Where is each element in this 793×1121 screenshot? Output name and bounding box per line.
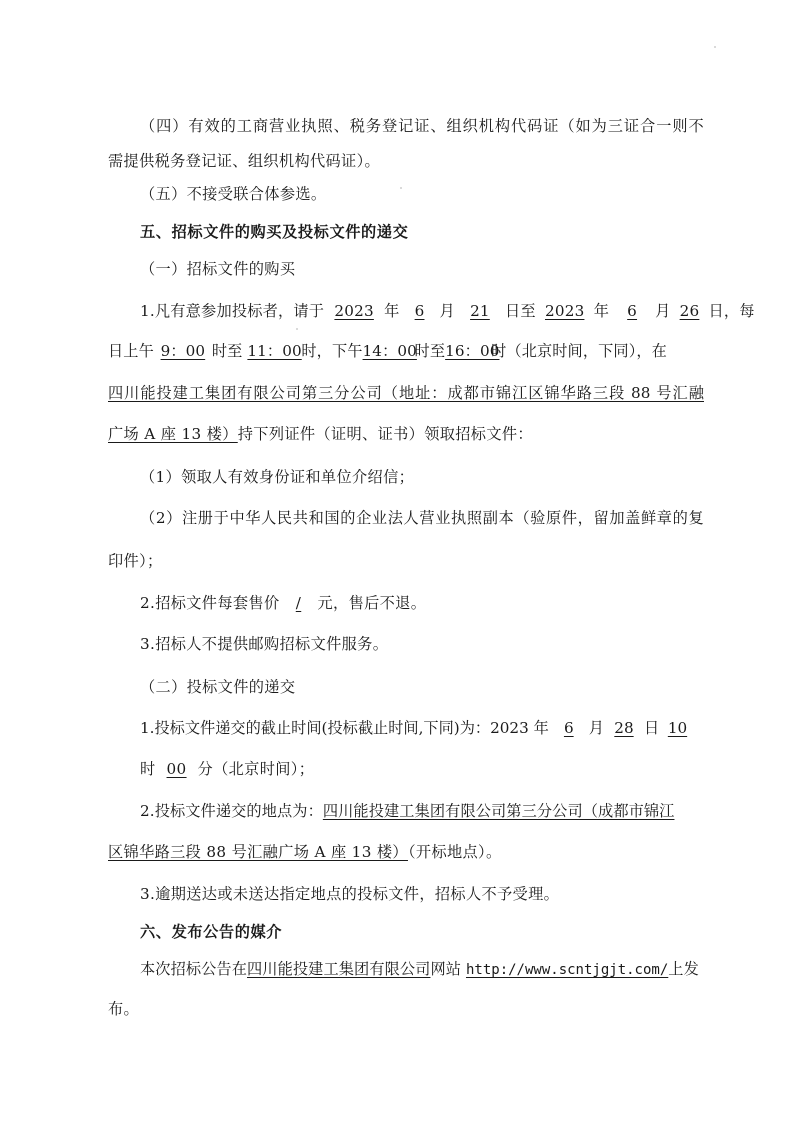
publication-prefix: 本次招标公告在 — [140, 960, 247, 978]
company-name: 四川能投建工集团有限公司 — [247, 960, 430, 978]
subsection-1-heading: （一）招标文件的购买 — [140, 259, 704, 279]
price-label: 2.招标文件每套售价 — [140, 594, 280, 612]
am-start-field: 9：00 — [154, 341, 212, 361]
month-label: 月 — [440, 302, 455, 320]
requirement-2-line-1: （2）注册于中华人民共和国的企业法人营业执照副本（验原件，留加盖鲜章的复 — [140, 508, 704, 528]
year-label: 年 — [384, 302, 399, 320]
start-month-field: 6 — [400, 301, 440, 321]
document-page: （四）有效的工商营业执照、税务登记证、组织机构代码证（如为三证合一则不 需提供税… — [0, 0, 793, 1121]
item-4-line-2: 需提供税务登记证、组织机构代码证）。 — [108, 151, 704, 171]
scan-speck — [714, 46, 716, 48]
day-label: 日 — [644, 719, 659, 737]
day-suffix: 日，每 — [709, 302, 755, 320]
item-4-line-1: （四）有效的工商营业执照、税务登记证、组织机构代码证（如为三证合一则不 — [140, 116, 704, 136]
beijing-time-note: 时（北京时间，下同），在 — [491, 342, 667, 360]
price-line: 2.招标文件每套售价/元，售后不退。 — [140, 593, 704, 613]
purchase-address-line-2: 广场 A 座 13 楼）持下列证件（证明、证书）领取招标文件： — [108, 424, 704, 444]
publication-line-2: 布。 — [108, 999, 704, 1019]
section-5-heading: 五、招标文件的购买及投标文件的递交 — [140, 222, 704, 242]
bid-opening-note: （开标地点）。 — [408, 843, 502, 861]
deadline-hour-field: 10 — [659, 718, 687, 738]
afternoon-label: 时，下午 — [301, 342, 362, 360]
start-year-field: 2023 — [324, 301, 384, 321]
purchase-address-tail: 广场 A 座 13 楼） — [108, 425, 238, 443]
year-label: 年 — [594, 302, 609, 320]
end-day-field: 26 — [671, 301, 709, 321]
day-to-label: 日至 — [505, 302, 536, 320]
start-day-field: 21 — [455, 301, 505, 321]
end-year-field: 2023 — [536, 301, 594, 321]
location-label: 2.投标文件递交的地点为： — [140, 802, 323, 820]
requirement-1: （1）领取人有效身份证和单位介绍信； — [140, 467, 704, 487]
to-label: 时至 — [415, 342, 446, 360]
scan-speck — [400, 187, 402, 189]
publication-suffix: 上发 — [668, 960, 699, 978]
subsection-2-heading: （二）投标文件的递交 — [140, 677, 704, 697]
site-label: 网站 — [430, 960, 466, 978]
month-label: 月 — [655, 302, 670, 320]
publication-line: 本次招标公告在四川能投建工集团有限公司网站 http://www.scntjgj… — [140, 959, 704, 980]
submission-location-line-1: 2.投标文件递交的地点为：四川能投建工集团有限公司第三分公司（成都市锦江 — [140, 801, 704, 821]
scan-speck — [296, 328, 298, 330]
purchase-period-line: 1.凡有意参加投标者，请于2023年6月21日至2023年6月26日，每 — [140, 301, 704, 321]
requirement-2-line-2: 印件）； — [108, 551, 704, 571]
deadline-day-field: 28 — [604, 718, 644, 738]
deadline-line: 1.投标文件递交的截止时间(投标截止时间,下同)为：2023 年6月28日10 — [140, 718, 704, 738]
to-label: 时至 — [212, 342, 243, 360]
late-submission-line: 3.逾期送达或未送达指定地点的投标文件，招标人不予受理。 — [140, 884, 704, 904]
item-5: （五）不接受联合体参选。 — [140, 184, 704, 204]
am-end-field: 11：00 — [247, 341, 301, 361]
no-mail-order-line: 3.招标人不提供邮购招标文件服务。 — [140, 634, 704, 654]
website-link[interactable]: http://www.scntjgjt.com/ — [466, 962, 668, 978]
purchase-intro: 1.凡有意参加投标者，请于 — [140, 302, 324, 320]
pm-start-field: 14：00 — [363, 341, 415, 361]
pm-end-field: 16：00 — [445, 341, 491, 361]
price-field: / — [280, 593, 318, 613]
purchase-hours-line: 日上午9：00时至 11：00时，下午14：00时至16：00时（北京时间，下同… — [108, 341, 704, 361]
location-address-1: 四川能投建工集团有限公司第三分公司（成都市锦江 — [323, 802, 675, 820]
month-label: 月 — [589, 719, 604, 737]
deadline-label: 1.投标文件递交的截止时间(投标截止时间,下同)为：2023 年 — [140, 719, 549, 737]
purchase-address-line-1: 四川能投建工集团有限公司第三分公司（地址：成都市锦江区锦华路三段 88 号汇融 — [108, 383, 704, 403]
morning-label: 日上午 — [108, 342, 154, 360]
deadline-minute-field: 00 — [156, 759, 198, 779]
price-suffix: 元，售后不退。 — [318, 594, 427, 612]
documents-required-text: 持下列证件（证明、证书）领取招标文件： — [238, 425, 533, 443]
submission-location-line-2: 区锦华路三段 88 号汇融广场 A 座 13 楼）（开标地点）。 — [108, 842, 704, 862]
deadline-line-2: 时00分（北京时间）； — [140, 759, 704, 779]
hour-label: 时 — [140, 760, 156, 778]
end-month-field: 6 — [609, 301, 655, 321]
minute-suffix: 分（北京时间）； — [198, 760, 315, 778]
section-6-heading: 六、发布公告的媒介 — [140, 922, 704, 942]
location-address-2: 区锦华路三段 88 号汇融广场 A 座 13 楼） — [108, 843, 408, 861]
deadline-month-field: 6 — [549, 718, 589, 738]
